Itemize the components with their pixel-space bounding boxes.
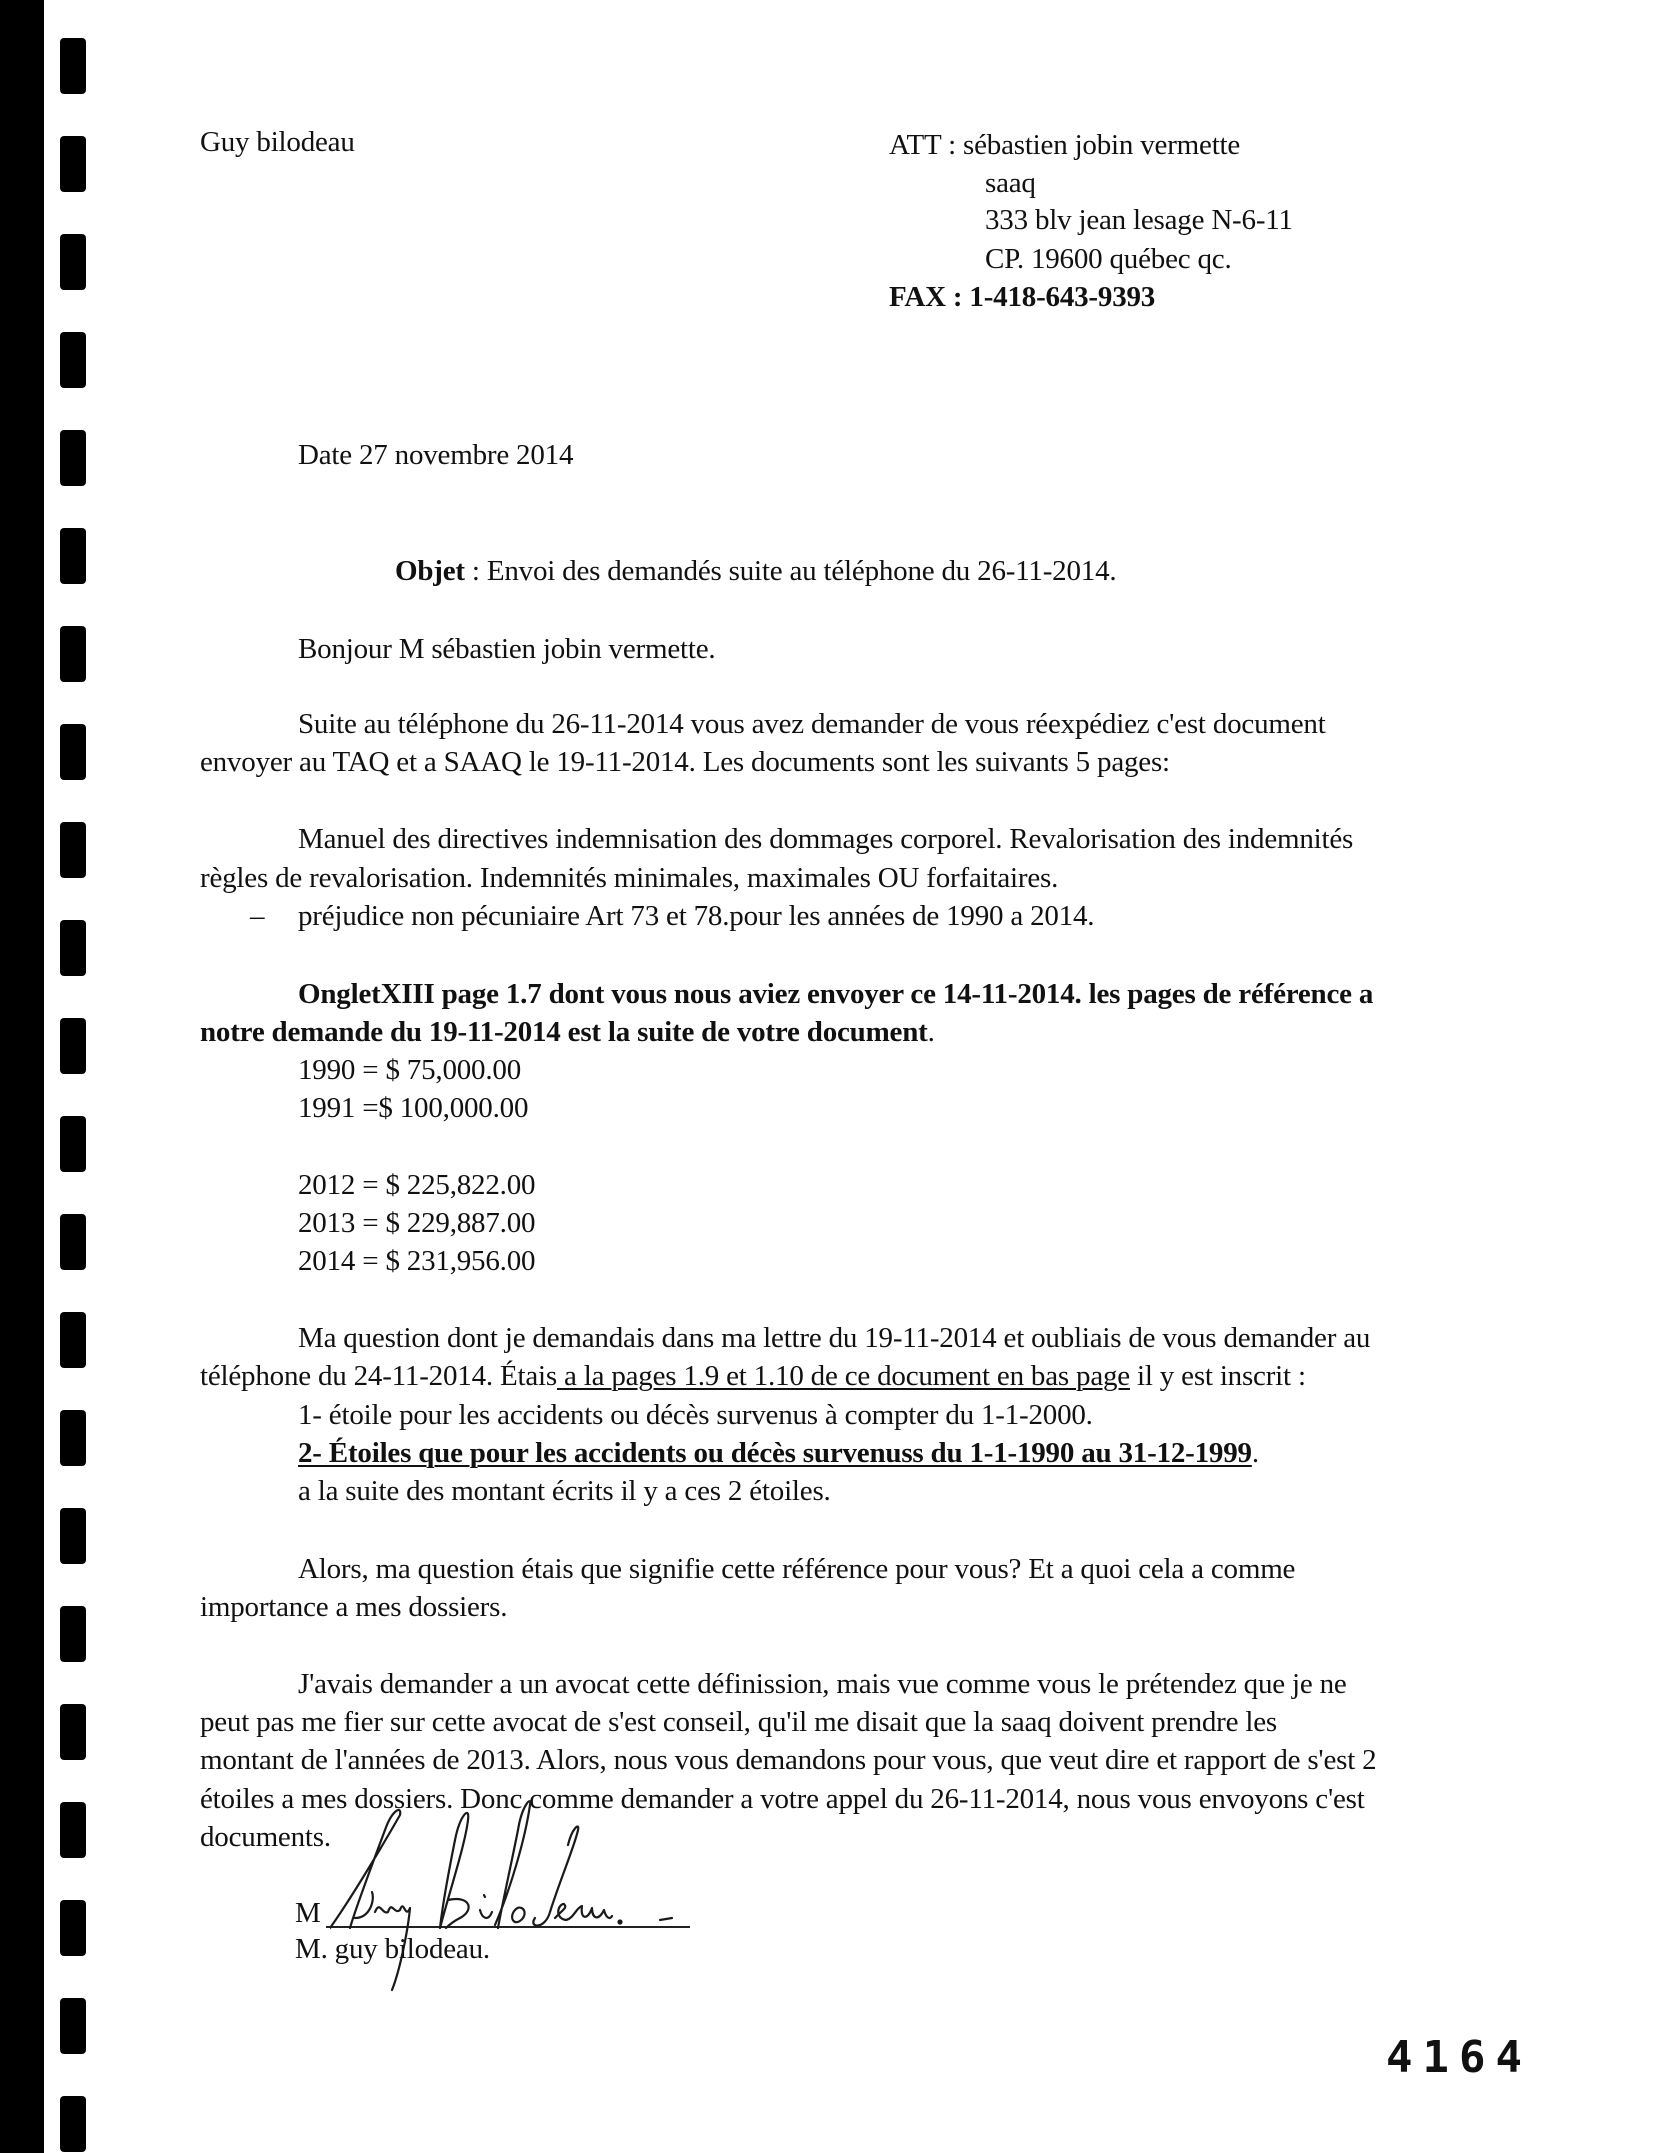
paragraph2-line2: règles de revalorisation. Indemnités min… — [200, 861, 1058, 895]
amount-1990: 1990 = $ 75,000.00 — [298, 1053, 521, 1087]
paragraph4-line2: peut pas me fier sur cette avocat de s'e… — [200, 1705, 1277, 1739]
bullet-text: préjudice non pécuniaire Art 73 et 78.po… — [298, 899, 1094, 933]
punch-hole — [60, 1410, 86, 1466]
letter-date: Date 27 novembre 2014 — [298, 438, 573, 472]
onglet-line1: OngletXIII page 1.7 dont vous nous aviez… — [298, 977, 1373, 1011]
question-line2-underlined: a la pages 1.9 et 1.10 de ce document en… — [557, 1360, 1130, 1392]
printed-signatory-name: M. guy bilodeau. — [295, 1932, 490, 1966]
punch-hole — [60, 920, 86, 976]
signature-prefix: M — [295, 1896, 321, 1930]
question-line2-prefix: téléphone du 24-11-2014. Étais — [200, 1360, 557, 1392]
paragraph1-line1: Suite au téléphone du 26-11-2014 vous av… — [298, 707, 1326, 741]
question-line2-suffix: il y est inscrit : — [1130, 1360, 1306, 1392]
amount-2013: 2013 = $ 229,887.00 — [298, 1206, 535, 1240]
punch-hole — [60, 822, 86, 878]
punch-hole — [60, 1900, 86, 1956]
scan-edge-strip — [0, 0, 44, 2153]
handwritten-signature-icon — [330, 1800, 750, 2000]
question-item2-end: . — [1252, 1437, 1259, 1469]
punch-hole — [60, 1312, 86, 1368]
punch-hole — [60, 1704, 86, 1760]
punch-hole — [60, 1606, 86, 1662]
punch-hole — [60, 332, 86, 388]
paragraph4-line1: J'avais demander a un avocat cette défin… — [298, 1667, 1347, 1701]
greeting: Bonjour M sébastien jobin vermette. — [298, 632, 715, 666]
sender-name: Guy bilodeau — [200, 125, 355, 159]
punch-hole — [60, 1018, 86, 1074]
fax-number: 1-418-643-9393 — [969, 281, 1155, 313]
paragraph4-line5: documents. — [200, 1820, 331, 1854]
punch-holes — [60, 0, 88, 2153]
att-label: ATT : — [889, 129, 956, 161]
punch-hole — [60, 1802, 86, 1858]
paragraph3-line2: importance a mes dossiers. — [200, 1590, 507, 1624]
question-item1: 1- étoile pour les accidents ou décès su… — [298, 1398, 1093, 1432]
bullet-marker: – — [250, 899, 264, 933]
recipient-address: 333 blv jean lesage N-6-11 — [985, 203, 1293, 237]
punch-hole — [60, 1214, 86, 1270]
paragraph2-line1: Manuel des directives indemnisation des … — [298, 822, 1353, 856]
amount-2012: 2012 = $ 225,822.00 — [298, 1168, 535, 1202]
onglet-end: . — [928, 1016, 935, 1048]
punch-hole — [60, 1998, 86, 2054]
paragraph4-line3: montant de l'années de 2013. Alors, nous… — [200, 1743, 1376, 1777]
question-line2: téléphone du 24-11-2014. Étais a la page… — [200, 1359, 1306, 1393]
onglet-line2: notre demande du 19-11-2014 est la suite… — [200, 1016, 928, 1048]
punch-hole — [60, 626, 86, 682]
amount-2014: 2014 = $ 231,956.00 — [298, 1244, 535, 1278]
recipient-name: sébastien jobin vermette — [963, 129, 1240, 161]
punch-hole — [60, 234, 86, 290]
punch-hole — [60, 136, 86, 192]
subject-line: Objet : Envoi des demandés suite au télé… — [395, 554, 1116, 588]
punch-hole — [60, 38, 86, 94]
amount-1991: 1991 =$ 100,000.00 — [298, 1091, 528, 1125]
punch-hole — [60, 528, 86, 584]
paragraph3-line1: Alors, ma question étais que signifie ce… — [298, 1552, 1295, 1586]
subject-label: Objet — [395, 555, 465, 587]
page-stamp-number: 4164 — [1386, 2032, 1532, 2083]
subject-text: : Envoi des demandés suite au téléphone … — [465, 555, 1117, 587]
question-line-after: a la suite des montant écrits il y a ces… — [298, 1474, 831, 1508]
punch-hole — [60, 2096, 86, 2152]
fax-label: FAX : — [889, 281, 962, 313]
punch-hole — [60, 724, 86, 780]
question-line1: Ma question dont je demandais dans ma le… — [298, 1321, 1370, 1355]
question-item2: 2- Étoiles que pour les accidents ou déc… — [298, 1437, 1252, 1469]
punch-hole — [60, 430, 86, 486]
recipient-postal: CP. 19600 québec qc. — [985, 242, 1232, 276]
paragraph1-line2: envoyer au TAQ et a SAAQ le 19-11-2014. … — [200, 745, 1170, 779]
punch-hole — [60, 1508, 86, 1564]
punch-hole — [60, 1116, 86, 1172]
recipient-org: saaq — [985, 166, 1036, 200]
